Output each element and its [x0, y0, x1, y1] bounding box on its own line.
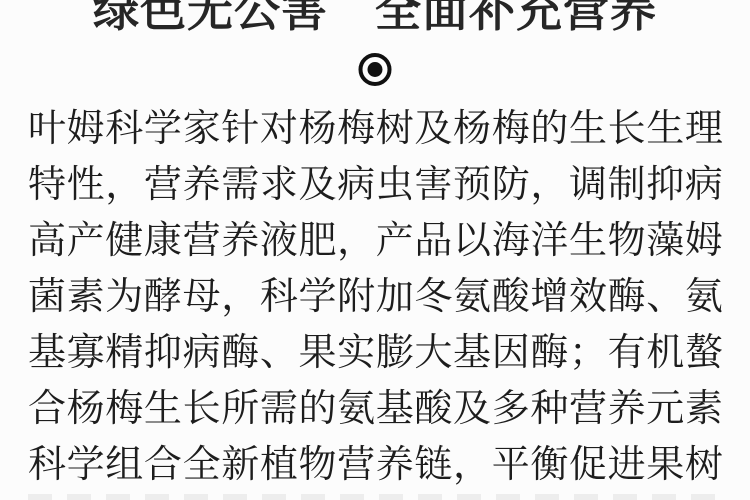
- body-line: 高产健康营养液肥，产品以海洋生物藻姆: [28, 208, 723, 264]
- fisheye-bullet-icon: [359, 53, 392, 86]
- clipped-next-line-hint: [28, 494, 723, 500]
- body-line: 叶姆科学家针对杨梅树及杨梅的生长生理: [28, 96, 723, 152]
- page: 绿色无公害 全面补充营养 叶姆科学家针对杨梅树及杨梅的生长生理 特性，营养需求及…: [0, 0, 750, 500]
- body-line: 特性，营养需求及病虫害预防，调制抑病: [28, 152, 723, 208]
- body-line: 菌素为酵母，科学附加冬氨酸增效酶、氨: [28, 264, 723, 320]
- body-line: 合杨梅生长所需的氨基酸及多种营养元素: [28, 376, 723, 432]
- body-paragraph: 叶姆科学家针对杨梅树及杨梅的生长生理 特性，营养需求及病虫害预防，调制抑病 高产…: [28, 96, 723, 488]
- body-line: 科学组合全新植物营养链，平衡促进果树: [28, 432, 723, 488]
- body-line: 基寡精抑病酶、果实膨大基因酶；有机螯: [28, 320, 723, 376]
- fisheye-bullet-core: [368, 62, 383, 77]
- page-title: 绿色无公害 全面补充营养: [0, 0, 750, 40]
